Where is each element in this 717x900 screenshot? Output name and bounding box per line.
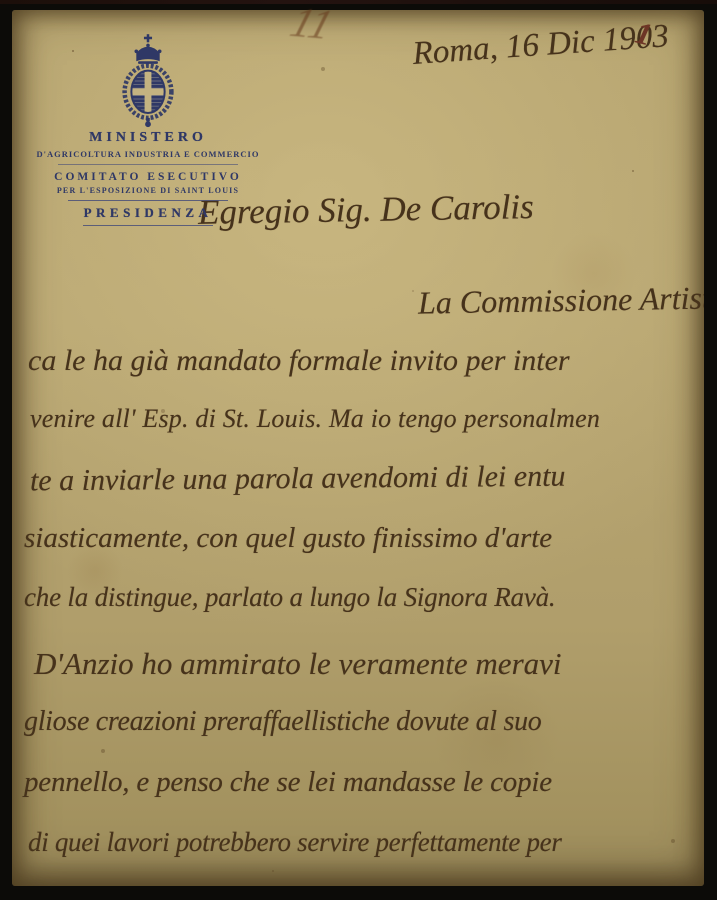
letterhead-rule-middle	[68, 200, 228, 201]
letterhead-committee: COMITATO ESECUTIVO	[30, 171, 266, 183]
body-line: che la distingue, parlato a lungo la Sig…	[24, 582, 555, 613]
dateline: Roma, 16 Dic 1903	[411, 18, 670, 73]
letterhead: MINISTERO D'AGRICOLTURA INDUSTRIA E COMM…	[30, 34, 266, 226]
body-line: venire all' Esp. di St. Louis. Ma io ten…	[30, 404, 600, 434]
body-line: siasticamente, con quel gusto finissimo …	[24, 522, 552, 555]
letterhead-office: PRESIDENZA	[30, 205, 266, 221]
letterhead-rule-top	[58, 164, 238, 165]
letter-page: MINISTERO D'AGRICOLTURA INDUSTRIA E COMM…	[12, 10, 704, 886]
body-line: D'Anzio ho ammirato le veramente meravi	[34, 646, 562, 682]
scanned-letter: MINISTERO D'AGRICOLTURA INDUSTRIA E COMM…	[0, 0, 717, 900]
body-line: pennello, e penso che se lei mandasse le…	[24, 766, 552, 799]
body-line: di quei lavori potrebbero servire perfet…	[28, 827, 562, 858]
body-line: te a inviarle una parola avendomi di lei…	[30, 460, 566, 499]
letterhead-ministry: MINISTERO	[30, 130, 266, 146]
body-line: La Commissione Artisti	[418, 279, 704, 321]
letterhead-rule-bottom	[83, 225, 213, 226]
savoy-coat-of-arms-icon	[112, 34, 184, 128]
letterhead-ministry-sub: D'AGRICOLTURA INDUSTRIA E COMMERCIO	[30, 149, 266, 159]
body-line: gliose creazioni preraffaellistiche dovu…	[24, 706, 541, 738]
body-line: ca le ha già mandato formale invito per …	[28, 344, 570, 378]
letterhead-committee-sub: PER L'ESPOSIZIONE DI SAINT LOUIS	[30, 186, 266, 195]
